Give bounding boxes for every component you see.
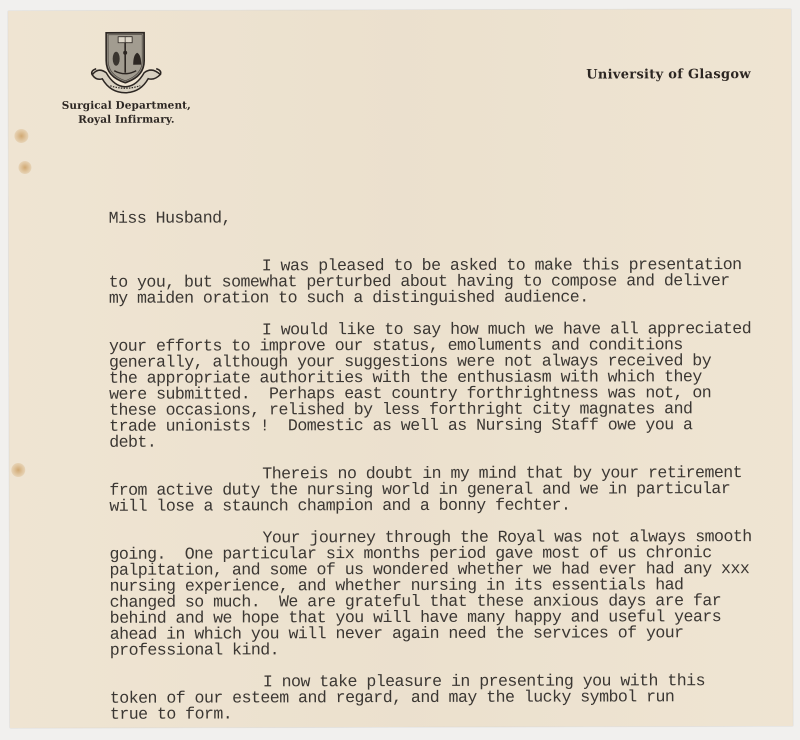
rust-stain [14, 129, 28, 143]
letter-body: Miss Husband, I was pleased to be asked … [109, 209, 800, 739]
text-line: will lose a staunch champion and a bonny… [109, 497, 799, 515]
text-line: debt. [109, 433, 799, 451]
salutation: Miss Husband, [109, 209, 799, 227]
paragraph: Your journey through the Royal was not a… [109, 529, 799, 659]
paragraph: I was pleased to be asked to make this p… [109, 257, 799, 307]
department-heading: Surgical Department, Royal Infirmary. [56, 99, 196, 127]
text-line: true to form. [110, 705, 800, 723]
paragraph: I would like to say how much we have all… [109, 321, 799, 451]
institution-heading: University of Glasgow [586, 67, 751, 82]
text-line: trade unionists ! Domestic as well as Nu… [109, 417, 799, 435]
department-line: Surgical Department, [56, 99, 196, 113]
scanned-letter: Surgical Department, Royal Infirmary. Un… [0, 0, 800, 740]
text-line: my maiden oration to such a distinguishe… [109, 289, 799, 307]
rust-stain [11, 463, 25, 477]
text-line: professional kind. [110, 641, 800, 659]
rust-stain [18, 161, 31, 174]
university-crest-icon [88, 31, 164, 95]
infirmary-line: Royal Infirmary. [56, 113, 196, 127]
paragraph: Thereis no doubt in my mind that by your… [109, 465, 799, 515]
paragraph: I now take pleasure in presenting you wi… [110, 673, 800, 723]
letter-paper: Surgical Department, Royal Infirmary. Un… [8, 9, 793, 728]
